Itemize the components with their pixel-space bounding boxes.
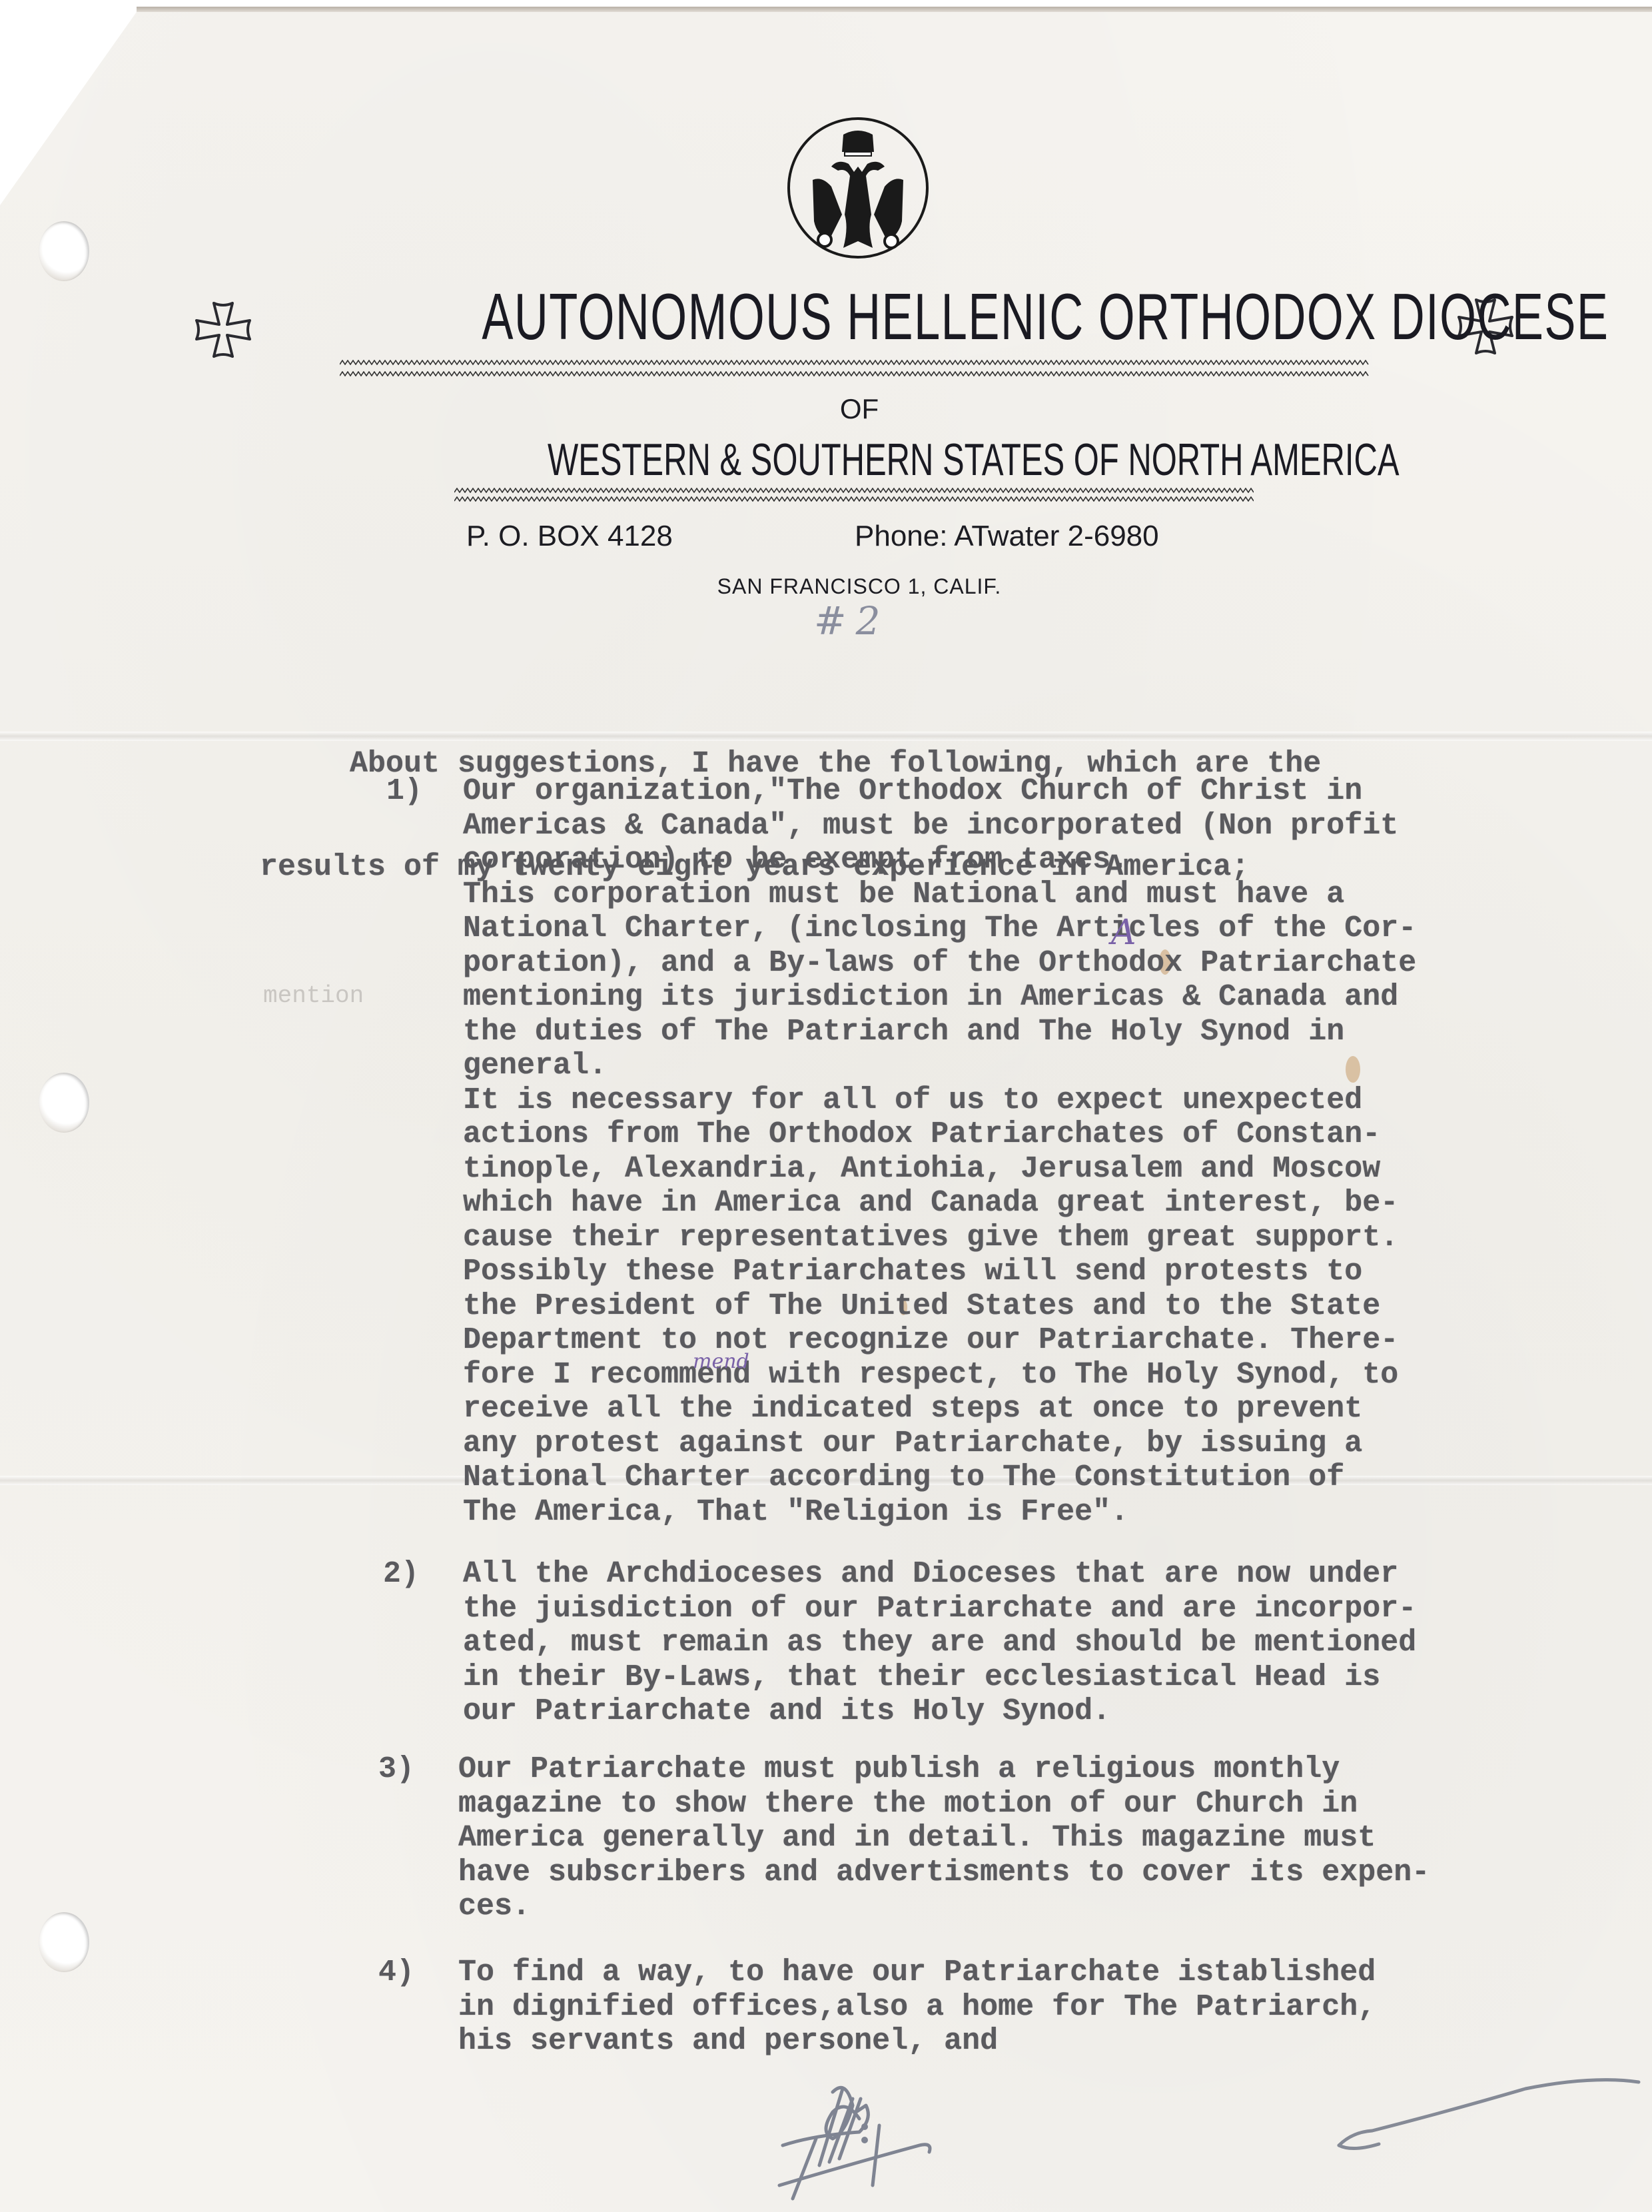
typed-line: Possibly these Patriarchates will send p… bbox=[463, 1255, 1416, 1289]
decorative-wavy-rule bbox=[340, 360, 1369, 365]
typed-line: tinople, Alexandria, Antiohia, Jerusalem… bbox=[463, 1152, 1416, 1187]
ink-correction: A bbox=[1111, 913, 1136, 953]
letterhead-city: SAN FRANCISCO 1, CALIF. bbox=[600, 574, 1119, 599]
typed-line: magazine to show there the motion of our… bbox=[458, 1787, 1430, 1822]
ink-correction: mend bbox=[693, 1350, 749, 1373]
typed-line: have subscribers and advertisments to co… bbox=[458, 1856, 1430, 1890]
letterhead-title: AUTONOMOUS HELLENIC ORTHODOX DIOCESE bbox=[482, 280, 1230, 353]
typed-line: The America, That "Religion is Free". bbox=[463, 1495, 1416, 1530]
handwritten-page-number: #2 bbox=[814, 598, 890, 644]
item-number: 4) bbox=[378, 1955, 414, 1989]
typed-line: Department to not recognize our Patriarc… bbox=[463, 1323, 1416, 1358]
typed-line: It is necessary for all of us to expect … bbox=[463, 1083, 1416, 1118]
phone-number: Phone: ATwater 2-6980 bbox=[855, 520, 1159, 553]
suggestion-item-4: To find a way, to have our Patriarchate … bbox=[458, 1955, 1376, 2059]
typed-line: poration), and a By-laws of the Orthodox… bbox=[463, 946, 1416, 981]
typed-line: in dignified offices,also a home for The… bbox=[458, 1990, 1376, 2025]
decorative-wavy-rule bbox=[454, 488, 1254, 493]
typed-line: actions from The Orthodox Patriarchates … bbox=[463, 1117, 1416, 1152]
punch-hole-icon bbox=[39, 1073, 89, 1133]
typed-line: National Charter according to The Consti… bbox=[463, 1460, 1416, 1495]
suggestion-item-2: All the Archdioceses and Dioceses that a… bbox=[463, 1557, 1416, 1729]
typed-line: general. bbox=[463, 1049, 1416, 1083]
typed-line: ated, must remain as they are and should… bbox=[463, 1626, 1416, 1660]
typed-line: receive all the indicated steps at once … bbox=[463, 1392, 1416, 1426]
typed-line: America generally and in detail. This ma… bbox=[458, 1821, 1430, 1856]
typed-line: To find a way, to have our Patriarchate … bbox=[458, 1955, 1376, 1990]
typed-line: ces. bbox=[458, 1890, 1430, 1924]
typed-line: Americas & Canada", must be incorporated… bbox=[463, 809, 1416, 843]
suggestion-item-1: Our organization,"The Orthodox Church of… bbox=[463, 774, 1416, 1529]
signature bbox=[766, 2065, 1072, 2212]
typed-line: in their By-Laws, that their ecclesiasti… bbox=[463, 1660, 1416, 1695]
typed-line: which have in America and Canada great i… bbox=[463, 1186, 1416, 1221]
typed-line: our Patriarchate and its Holy Synod. bbox=[463, 1694, 1416, 1729]
typed-line: Our organization,"The Orthodox Church of… bbox=[463, 774, 1416, 809]
item-number: 1) bbox=[386, 774, 422, 808]
typed-line: This corporation must be National and mu… bbox=[463, 877, 1416, 912]
double-headed-eagle-icon bbox=[785, 115, 931, 261]
po-box: P. O. BOX 4128 bbox=[466, 520, 673, 553]
typed-line: the President of The United States and t… bbox=[463, 1289, 1416, 1324]
item-number: 3) bbox=[378, 1752, 414, 1786]
pen-stroke bbox=[1326, 2072, 1652, 2172]
letterhead-region: WESTERN & SOUTHERN STATES OF NORTH AMERI… bbox=[548, 433, 1171, 486]
typed-line: Our Patriarchate must publish a religiou… bbox=[458, 1752, 1430, 1787]
typed-line: corporation) to be exempt from taxes. bbox=[463, 843, 1416, 877]
punch-hole-icon bbox=[39, 1912, 89, 1972]
suggestion-item-3: Our Patriarchate must publish a religiou… bbox=[458, 1752, 1430, 1924]
decorative-wavy-rule bbox=[340, 371, 1369, 376]
typed-line: the juisdiction of our Patriarchate and … bbox=[463, 1592, 1416, 1626]
typed-line: the duties of The Patriarch and The Holy… bbox=[463, 1015, 1416, 1049]
punch-hole-icon bbox=[39, 221, 89, 281]
typed-line: any protest against our Patriarchate, by… bbox=[463, 1426, 1416, 1461]
margin-note: mention bbox=[263, 982, 364, 1009]
typed-line: mentioning its jurisdiction in Americas … bbox=[463, 980, 1416, 1015]
typed-line: cause their representatives give them gr… bbox=[463, 1221, 1416, 1255]
cross-pattee-icon bbox=[190, 296, 256, 363]
decorative-wavy-rule bbox=[454, 496, 1254, 502]
letterhead-of: OF bbox=[733, 393, 986, 425]
typed-line: National Charter, (inclosing The Article… bbox=[463, 911, 1416, 946]
item-number: 2) bbox=[383, 1557, 419, 1591]
typed-line: All the Archdioceses and Dioceses that a… bbox=[463, 1557, 1416, 1592]
typed-line: his servants and personel, and bbox=[458, 2024, 1376, 2059]
typed-line: fore I recommend with respect, to The Ho… bbox=[463, 1358, 1416, 1392]
